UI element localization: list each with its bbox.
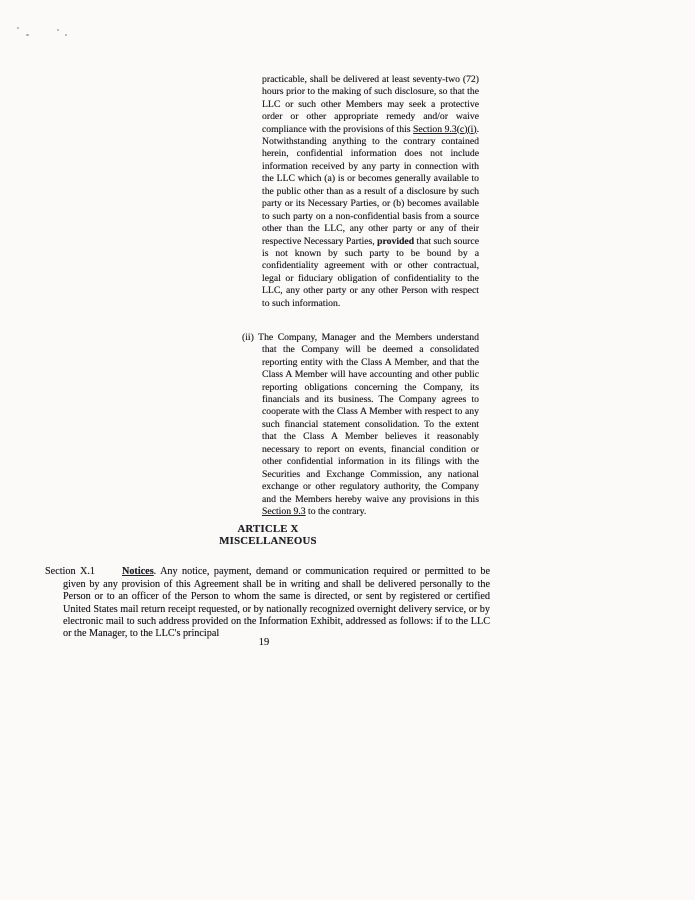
- clause-ii-paragraph: (ii) The Company, Manager and the Member…: [242, 332, 479, 519]
- article-number-line: ARTICLE X: [56, 523, 480, 535]
- page-number: 19: [238, 637, 290, 648]
- clause-ii-text: to the contrary.: [306, 506, 367, 517]
- clause-ii-marker: (ii): [242, 332, 254, 343]
- clause-ii-text: The Company, Manager and the Members und…: [254, 332, 479, 505]
- proviso-emphasis: provided: [377, 236, 414, 247]
- scan-speck: [17, 27, 19, 29]
- document-page: practicable, shall be delivered at least…: [0, 0, 695, 900]
- article-title-line: MISCELLANEOUS: [56, 535, 480, 547]
- scan-speck: [65, 34, 67, 36]
- section-9-3-c-i-reference: Section 9.3(c)(i): [413, 124, 477, 135]
- article-heading: ARTICLE X MISCELLANEOUS: [56, 523, 480, 548]
- section-x1-paragraph: Section X.1Notices. Any notice, payment,…: [45, 566, 490, 641]
- scan-speck: [57, 29, 59, 31]
- clause-i-continuation-paragraph: practicable, shall be delivered at least…: [262, 74, 479, 311]
- section-x1-title: Notices: [122, 566, 154, 577]
- clause-i-text: . Notwithstanding anything to the contra…: [262, 124, 479, 247]
- section-x1-label: Section X.1: [45, 566, 95, 577]
- section-9-3-reference: Section 9.3: [262, 506, 306, 517]
- scan-speck: [26, 34, 29, 36]
